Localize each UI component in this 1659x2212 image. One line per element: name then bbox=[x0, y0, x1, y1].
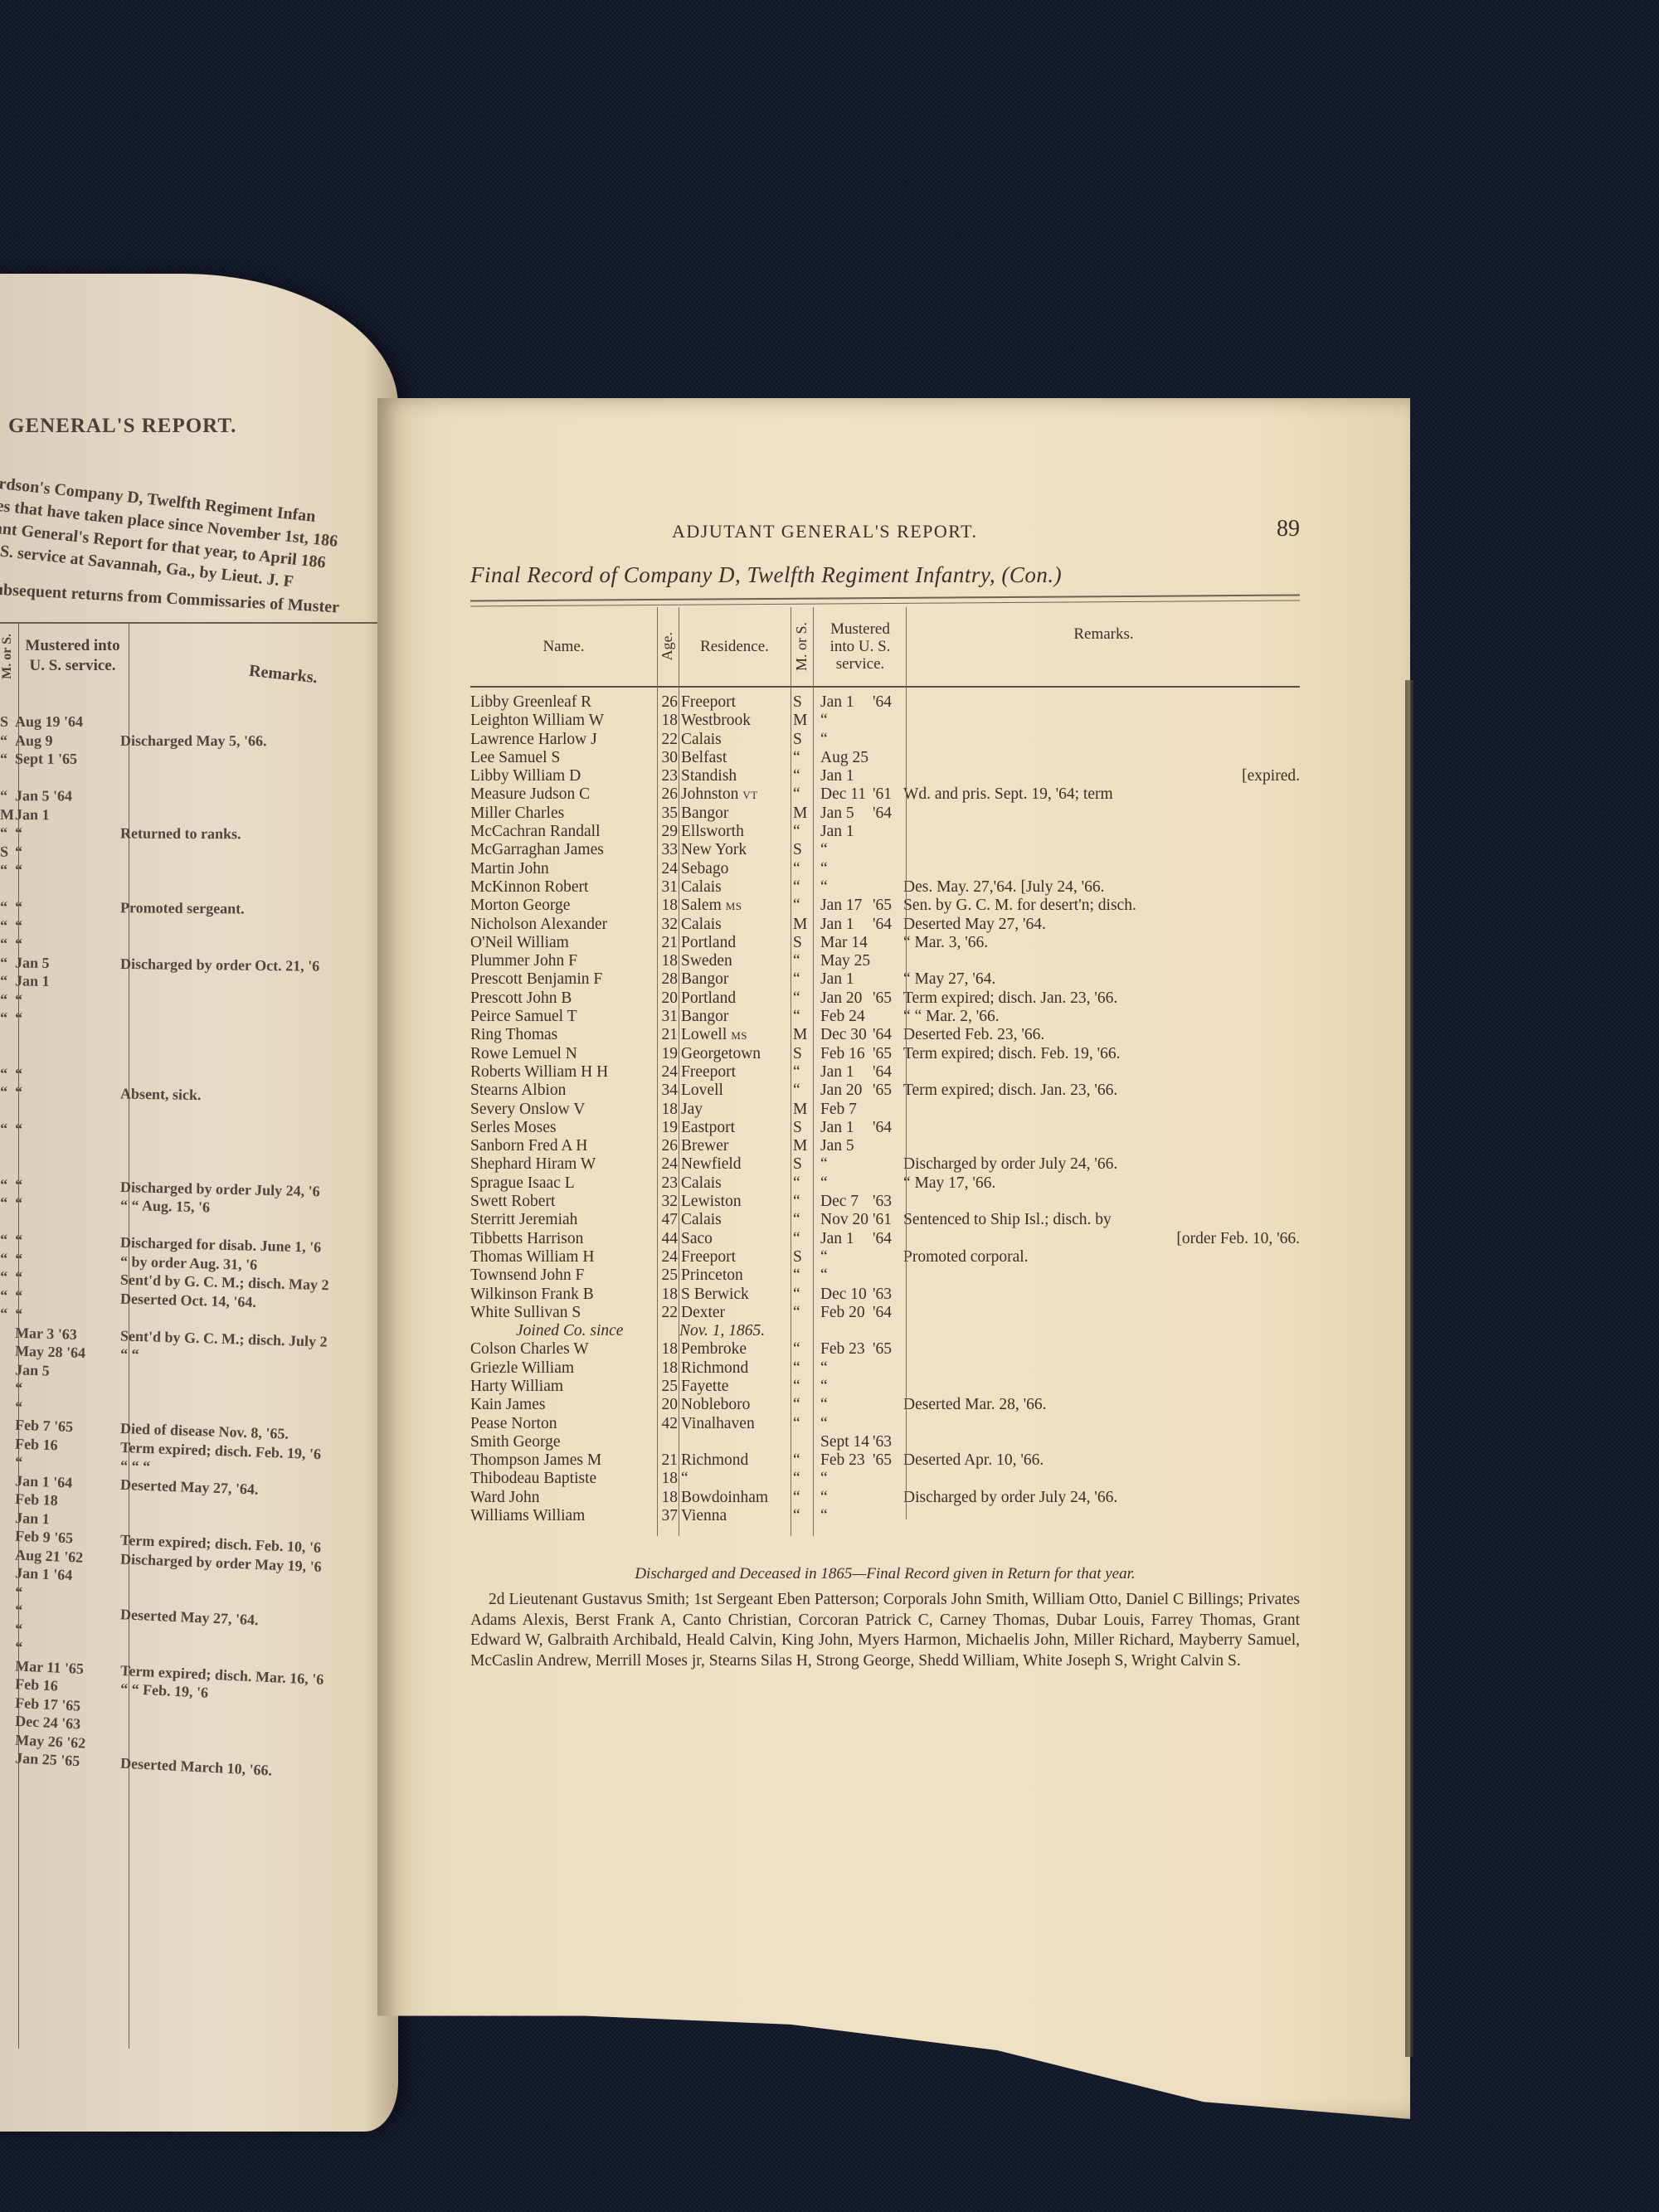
left-cell-ms: M bbox=[0, 805, 12, 823]
cell-remarks: Wd. and pris. Sept. 19, '64; term bbox=[903, 785, 1113, 804]
left-cell-ms: “ bbox=[0, 1120, 12, 1137]
cell-mustered-year: '64 bbox=[873, 1304, 892, 1322]
table-row: Stearns Albion34Lovell“Jan 20'65Term exp… bbox=[470, 1082, 1300, 1100]
table-row: Sprague Isaac L23Calais“ “ “ May 17, '66… bbox=[470, 1174, 1300, 1193]
cell-mustered-date: Dec 11 bbox=[820, 785, 866, 804]
left-cell-mustered: “ bbox=[15, 1121, 114, 1140]
table-row: Peirce Samuel T31Bangor“Feb 24 “ “ Mar. … bbox=[470, 1008, 1300, 1026]
cell-age: 29 bbox=[658, 823, 678, 841]
cell-remarks: Deserted Mar. 28, '66. bbox=[903, 1396, 1046, 1414]
cell-age: 21 bbox=[658, 1026, 678, 1044]
cell-age: 31 bbox=[658, 1008, 678, 1026]
left-table-row: MJan 1 bbox=[0, 805, 390, 826]
cell-mustered-year: '64 bbox=[873, 1119, 892, 1137]
cell-residence: Bangor bbox=[681, 1008, 728, 1026]
cell-mustered-date: “ bbox=[820, 712, 828, 730]
cell-mustered-year: '64 bbox=[873, 916, 892, 934]
column-rule bbox=[791, 607, 791, 1536]
cell-mustered-date: “ bbox=[820, 841, 828, 859]
cell-age: 30 bbox=[658, 749, 678, 767]
cell-mustered-date: “ bbox=[820, 1174, 828, 1193]
left-cell-ms: “ bbox=[0, 751, 12, 768]
left-cell-mustered: Jan 1 bbox=[15, 1509, 115, 1529]
cell-age: 37 bbox=[658, 1507, 678, 1525]
left-cell-mustered: “ bbox=[15, 1453, 115, 1474]
cell-remarks: [expired. bbox=[1242, 767, 1300, 785]
cell-residence: Brewer bbox=[681, 1137, 728, 1155]
cell-age: 24 bbox=[658, 1248, 678, 1266]
left-cell-ms: “ bbox=[0, 861, 12, 878]
cell-name: Wilkinson Frank B bbox=[470, 1286, 594, 1304]
cell-remarks: Term expired; disch. Feb. 19, '66. bbox=[903, 1045, 1121, 1063]
cell-ms: M bbox=[793, 916, 810, 934]
cell-residence: Calais bbox=[681, 731, 722, 749]
cell-age: 18 bbox=[658, 1340, 678, 1359]
left-cell-remarks: Discharged May 5, '66. bbox=[120, 732, 267, 749]
table-row: Lawrence Harlow J22CalaisS “ bbox=[470, 731, 1300, 749]
cell-ms: “ bbox=[793, 1286, 810, 1304]
cell-age: 35 bbox=[658, 805, 678, 823]
left-cell-ms bbox=[1, 1694, 12, 1694]
left-cell-remarks: “ “ Feb. 19, '6 bbox=[120, 1680, 209, 1702]
cell-residence: Freeport bbox=[681, 693, 736, 712]
cell-age: 24 bbox=[658, 1155, 678, 1174]
col-header-ms-label: M. or S. bbox=[793, 622, 810, 671]
cell-residence: Vinalhaven bbox=[681, 1415, 755, 1433]
table-row: Prescott Benjamin F28Bangor“Jan 1 “ May … bbox=[470, 970, 1300, 989]
left-cell-ms: “ bbox=[0, 824, 12, 842]
cell-name: Lawrence Harlow J bbox=[470, 731, 597, 749]
left-cell-mustered: Feb 7 '65 bbox=[15, 1417, 115, 1437]
left-cell-ms: “ bbox=[0, 1175, 12, 1193]
cell-mustered-date: Aug 25 bbox=[820, 749, 868, 767]
col-header-ms: M. or S. bbox=[791, 607, 813, 686]
cell-age: 19 bbox=[658, 1119, 678, 1137]
cell-mustered-date: Sept 14 bbox=[820, 1433, 869, 1451]
cell-residence: Vienna bbox=[681, 1507, 727, 1525]
cell-mustered-date: “ bbox=[820, 878, 828, 897]
left-cell-mustered: “ bbox=[15, 1602, 115, 1623]
cell-mustered-date: May 25 bbox=[820, 952, 870, 970]
left-cell-ms: S bbox=[0, 843, 12, 860]
cell-name: Plummer John F bbox=[470, 952, 577, 970]
cell-name: Nicholson Alexander bbox=[470, 916, 607, 934]
cell-age: 18 bbox=[658, 1489, 678, 1507]
cell-remarks: Deserted May 27, '64. bbox=[903, 916, 1046, 934]
cell-age: 21 bbox=[658, 1451, 678, 1470]
cell-residence: Fayette bbox=[681, 1378, 728, 1396]
cell-remarks: Term expired; disch. Jan. 23, '66. bbox=[903, 1082, 1117, 1100]
cell-ms: “ bbox=[793, 878, 810, 897]
col-header-age-label: Age. bbox=[659, 632, 676, 661]
cell-name: Leighton William W bbox=[470, 712, 604, 730]
cell-residence: LowellMS bbox=[681, 1026, 747, 1045]
cell-mustered-year: '65 bbox=[873, 1340, 892, 1359]
cell-mustered-year: '63 bbox=[873, 1286, 892, 1304]
cell-residence: JohnstonVT bbox=[681, 785, 758, 805]
left-cell-mustered: “ bbox=[15, 824, 114, 843]
cell-ms: “ bbox=[793, 1489, 810, 1507]
left-cell-mustered: Aug 19 '64 bbox=[15, 713, 114, 731]
cell-mustered-date: Dec 10 bbox=[820, 1286, 867, 1304]
cell-age: 21 bbox=[658, 934, 678, 952]
left-intro-text: rdson's Company D, Twelfth Regiment Infa… bbox=[0, 473, 387, 641]
left-cell-remarks: Promoted sergeant. bbox=[120, 899, 245, 917]
cell-ms: “ bbox=[793, 1211, 810, 1229]
table-row: McCachran Randall29Ellsworth“Jan 1 bbox=[470, 823, 1300, 841]
cell-mustered-date: Dec 7 bbox=[820, 1193, 859, 1211]
cell-ms: “ bbox=[793, 897, 810, 915]
left-table-row: “Aug 9Discharged May 5, '66. bbox=[0, 732, 390, 751]
left-cell-ms bbox=[1, 1545, 12, 1546]
table-row: Plummer John F18Sweden“May 25 bbox=[470, 952, 1300, 970]
cell-name: Prescott John B bbox=[470, 989, 572, 1008]
table-row: Nicholson Alexander32CalaisMJan 1'64Dese… bbox=[470, 916, 1300, 934]
cell-age: 34 bbox=[658, 1082, 678, 1100]
table-row: Swett Robert32Lewiston“Dec 7'63 bbox=[470, 1193, 1300, 1211]
cell-mustered-date: “ bbox=[820, 1489, 828, 1507]
left-cell-ms: “ bbox=[0, 1305, 12, 1322]
cell-mustered-date: “ bbox=[820, 1155, 828, 1174]
left-cell-mustered: “ bbox=[15, 916, 114, 935]
left-cell-ms bbox=[1, 1527, 12, 1528]
cell-age: 18 bbox=[658, 897, 678, 915]
book-fore-edge bbox=[1405, 680, 1413, 2057]
cell-residence: Dexter bbox=[681, 1304, 725, 1322]
left-cell-ms bbox=[1, 1712, 12, 1713]
col-header-age: Age. bbox=[657, 607, 678, 686]
cell-age: 24 bbox=[658, 1063, 678, 1082]
cell-age: 20 bbox=[658, 989, 678, 1008]
table-row: Pease Norton42Vinalhaven“ “ bbox=[470, 1415, 1300, 1433]
cell-age: 22 bbox=[658, 731, 678, 749]
cell-mustered-date: Jan 1 bbox=[820, 767, 854, 785]
table-row: Kain James20Nobleboro“ “Deserted Mar. 28… bbox=[470, 1396, 1300, 1414]
cell-residence: Lovell bbox=[681, 1082, 723, 1100]
left-cell-ms: S bbox=[0, 713, 12, 731]
left-cell-mustered: “ bbox=[15, 1268, 115, 1288]
cell-ms: “ bbox=[793, 1230, 810, 1248]
left-col-ms: M. or S. bbox=[0, 634, 17, 679]
left-cell-remarks: Absent, sick. bbox=[120, 1085, 202, 1104]
left-cell-mustered: “ bbox=[15, 1194, 114, 1214]
table-body: Libby Greenleaf R26FreeportSJan 1'64Leig… bbox=[470, 693, 1300, 1525]
cell-residence: Lewiston bbox=[681, 1193, 742, 1211]
col-header-mustered: Mustered into U. S. service. bbox=[814, 607, 907, 686]
residence-state: MS bbox=[726, 900, 742, 912]
left-cell-ms: “ bbox=[0, 990, 12, 1008]
cell-name: Miller Charles bbox=[470, 805, 564, 823]
cell-ms: S bbox=[793, 1119, 810, 1137]
left-cell-ms: “ bbox=[0, 1009, 12, 1027]
cell-name: Griezle William bbox=[470, 1359, 574, 1378]
cell-mustered-date: “ bbox=[820, 731, 828, 749]
cell-name: Roberts William H H bbox=[470, 1063, 608, 1082]
table-row: Townsend John F25Princeton“ “ bbox=[470, 1266, 1300, 1285]
left-cell-remarks: “ “ “ bbox=[120, 1457, 151, 1475]
left-cell-mustered: Jan 1 '64 bbox=[15, 1564, 115, 1586]
cell-ms: “ bbox=[793, 1174, 810, 1193]
cell-residence: Calais bbox=[681, 878, 722, 897]
col-header-remarks-label: Remarks. bbox=[1073, 625, 1133, 643]
cell-ms: M bbox=[793, 805, 810, 823]
cell-ms: “ bbox=[793, 1008, 810, 1026]
left-cell-mustered: Jan 5 bbox=[15, 1361, 115, 1382]
left-cell-ms: “ bbox=[0, 972, 12, 989]
cell-mustered-date: Jan 20 bbox=[820, 989, 862, 1008]
cell-mustered-date: Jan 1 bbox=[820, 693, 854, 712]
cell-ms: “ bbox=[793, 989, 810, 1008]
cell-name: Kain James bbox=[470, 1396, 545, 1414]
cell-name: Stearns Albion bbox=[470, 1082, 566, 1100]
cell-age: 22 bbox=[658, 1304, 678, 1322]
cell-ms: S bbox=[793, 731, 810, 749]
left-cell-mustered: Feb 18 bbox=[15, 1490, 115, 1511]
cell-mustered-year: '63 bbox=[873, 1193, 892, 1211]
left-table-row: ““ bbox=[0, 861, 390, 882]
cell-age: 44 bbox=[658, 1230, 678, 1248]
left-cell-mustered: Jan 1 '64 bbox=[15, 1472, 115, 1493]
cell-age: 25 bbox=[658, 1266, 678, 1285]
cell-mustered-date: Jan 5 bbox=[820, 805, 854, 823]
cell-ms: “ bbox=[793, 1340, 810, 1359]
cell-age: 42 bbox=[658, 1415, 678, 1433]
left-cell-mustered: Jan 1 bbox=[15, 806, 114, 824]
cell-mustered-year: '61 bbox=[873, 785, 892, 804]
cell-name: Peirce Samuel T bbox=[470, 1008, 577, 1026]
table-header: Name. Age. Residence. M. or S. Mustered … bbox=[470, 607, 1300, 688]
table-row: Thibodeau Baptiste18 ““ “ bbox=[470, 1470, 1300, 1488]
footer-paragraph: 2d Lieutenant Gustavus Smith; 1st Sergea… bbox=[470, 1590, 1300, 1671]
cell-mustered-date: “ bbox=[820, 1415, 828, 1433]
cell-mustered-date: Jan 1 bbox=[820, 1119, 854, 1137]
cell-ms: “ bbox=[793, 1082, 810, 1100]
cell-name: White Sullivan S bbox=[470, 1304, 581, 1322]
cell-name: Prescott Benjamin F bbox=[470, 970, 602, 989]
cell-age: 18 bbox=[658, 1286, 678, 1304]
cell-residence: Freeport bbox=[681, 1248, 736, 1266]
cell-age: 18 bbox=[658, 712, 678, 730]
cell-age: 18 bbox=[658, 1470, 678, 1488]
cell-mustered-date: “ bbox=[820, 1507, 828, 1525]
cell-mustered-date: “ bbox=[820, 1248, 828, 1266]
left-cell-remarks: Returned to ranks. bbox=[120, 825, 241, 843]
table-row: Severy Onslow V18JayMFeb 7 bbox=[470, 1101, 1300, 1119]
cell-ms: “ bbox=[793, 1470, 810, 1488]
column-rule bbox=[906, 607, 907, 1519]
cell-ms: S bbox=[793, 841, 810, 859]
cell-residence: Belfast bbox=[681, 749, 727, 767]
cell-residence: Richmond bbox=[681, 1451, 748, 1470]
left-running-head: GENERAL'S REPORT. bbox=[8, 415, 236, 438]
cell-ms: S bbox=[793, 1248, 810, 1266]
table-row: Ward John18Bowdoinham“ “Discharged by or… bbox=[470, 1489, 1300, 1507]
cell-remarks: Deserted Apr. 10, '66. bbox=[903, 1451, 1044, 1470]
cell-name: Colson Charles W bbox=[470, 1340, 589, 1359]
cell-mustered-year: '65 bbox=[873, 1082, 892, 1100]
cell-name: Thompson James M bbox=[470, 1451, 601, 1470]
residence-town: Lowell bbox=[681, 1026, 727, 1043]
cell-mustered-date: Jan 1 bbox=[820, 823, 854, 841]
cell-mustered-date: “ bbox=[820, 1378, 828, 1396]
cell-age: 23 bbox=[658, 1174, 678, 1193]
table-row: Leighton William W18WestbrookM “ bbox=[470, 712, 1300, 730]
left-cell-mustered: “ bbox=[15, 1398, 115, 1419]
cell-name: Shephard Hiram W bbox=[470, 1155, 596, 1174]
table-row: Rowe Lemuel N19GeorgetownSFeb 16'65Term … bbox=[470, 1045, 1300, 1063]
cell-mustered-date: Feb 24 bbox=[820, 1008, 865, 1026]
cell-name: O'Neil William bbox=[470, 934, 569, 952]
table-row: Roberts William H H24Freeport“Jan 1'64 bbox=[470, 1063, 1300, 1082]
running-head: ADJUTANT GENERAL'S REPORT. bbox=[672, 521, 977, 542]
cell-age: 24 bbox=[658, 860, 678, 878]
table-row: Serles Moses19EastportSJan 1'64 bbox=[470, 1119, 1300, 1137]
cell-remarks: Sentenced to Ship Isl.; disch. by bbox=[903, 1211, 1112, 1229]
table-row: Wilkinson Frank B18S Berwick“Dec 10'63 bbox=[470, 1286, 1300, 1304]
cell-age: 19 bbox=[658, 1045, 678, 1063]
record-table: Name. Age. Residence. M. or S. Mustered … bbox=[470, 607, 1300, 1525]
cell-name: Libby Greenleaf R bbox=[470, 693, 591, 712]
cell-age: 32 bbox=[658, 916, 678, 934]
cell-age: 18 bbox=[658, 1101, 678, 1119]
cell-age: 26 bbox=[658, 693, 678, 712]
left-cell-mustered: “ bbox=[15, 936, 114, 954]
cell-mustered-date: Jan 1 bbox=[820, 970, 854, 989]
left-cell-mustered: “ bbox=[15, 1083, 114, 1102]
cell-name: McGarraghan James bbox=[470, 841, 604, 859]
cell-ms: “ bbox=[793, 1396, 810, 1414]
cell-age: 26 bbox=[658, 785, 678, 804]
left-cell-ms: “ bbox=[0, 1194, 12, 1212]
cell-mustered-date: Jan 5 bbox=[820, 1137, 854, 1155]
cell-residence: Newfield bbox=[681, 1155, 742, 1174]
left-table-row: “Jan 5 '64 bbox=[0, 787, 390, 807]
col-header-residence: Residence. bbox=[679, 607, 791, 686]
cell-name: Tibbetts Harrison bbox=[470, 1230, 583, 1248]
residence-state: MS bbox=[731, 1029, 747, 1042]
left-cell-ms bbox=[1, 1564, 12, 1565]
left-cell-remarks: “ “ Aug. 15, '6 bbox=[120, 1197, 210, 1216]
left-cell-ms: “ bbox=[0, 954, 12, 971]
cell-residence: Calais bbox=[681, 1174, 722, 1193]
cell-residence: Princeton bbox=[681, 1266, 743, 1285]
left-cell-mustered: Feb 9 '65 bbox=[15, 1528, 115, 1549]
left-cell-ms bbox=[1, 1749, 12, 1750]
cell-ms: M bbox=[793, 1137, 810, 1155]
left-cell-mustered: Jan 5 '64 bbox=[15, 787, 114, 805]
cell-mustered-date: Feb 20 bbox=[820, 1304, 865, 1322]
cell-ms: S bbox=[793, 1155, 810, 1174]
cell-ms: M bbox=[793, 1026, 810, 1044]
table-row: Tibbetts Harrison44Saco“Jan 1'64[order F… bbox=[470, 1230, 1300, 1248]
table-row: Griezle William18Richmond“ “ bbox=[470, 1359, 1300, 1378]
cell-ms: “ bbox=[793, 1378, 810, 1396]
cell-ms: “ bbox=[793, 860, 810, 878]
cell-mustered-date: “ bbox=[820, 1396, 828, 1414]
cell-mustered-date: Dec 30 bbox=[820, 1026, 867, 1044]
cell-remarks: “ May 17, '66. bbox=[903, 1174, 995, 1193]
cell-ms: M bbox=[793, 1101, 810, 1119]
cell-mustered-year: '65 bbox=[873, 1045, 892, 1063]
left-cell-ms: “ bbox=[0, 1083, 12, 1101]
left-cell-mustered: Jan 1 bbox=[15, 972, 114, 990]
cell-name: Sanborn Fred A H bbox=[470, 1137, 587, 1155]
cell-name: Lee Samuel S bbox=[470, 749, 560, 767]
table-subheading-row: Joined Co. sinceNov. 1, 1865. bbox=[470, 1322, 1300, 1340]
cell-name: Townsend John F bbox=[470, 1266, 584, 1285]
cell-residence: Saco bbox=[681, 1230, 713, 1248]
table-row: Ring Thomas21LowellMSMDec 30'64Deserted … bbox=[470, 1026, 1300, 1044]
cell-name: McCachran Randall bbox=[470, 823, 601, 841]
cell-residence: S Berwick bbox=[681, 1286, 749, 1304]
cell-mustered-date: Jan 1 bbox=[820, 1230, 854, 1248]
left-cell-ms bbox=[1, 1638, 12, 1639]
cell-ms: S bbox=[793, 1045, 810, 1063]
left-cell-ms bbox=[1, 1675, 12, 1675]
left-cell-mustered: Sept 1 '65 bbox=[15, 751, 114, 768]
left-table-row: S“ bbox=[0, 843, 390, 863]
right-page: ADJUTANT GENERAL'S REPORT. 89 Final Reco… bbox=[377, 398, 1410, 2119]
table-row: Martin John24Sebago“ “ bbox=[470, 860, 1300, 878]
left-cell-mustered: Feb 16 bbox=[15, 1675, 115, 1697]
left-cell-mustered: “ bbox=[15, 1250, 114, 1270]
cell-mustered-date: Jan 20 bbox=[820, 1082, 862, 1100]
cell-residence: Ellsworth bbox=[681, 823, 744, 841]
cell-ms: “ bbox=[793, 1304, 810, 1322]
cell-mustered-date: “ bbox=[820, 1359, 828, 1378]
cell-name: Harty William bbox=[470, 1378, 563, 1396]
cell-age: 33 bbox=[658, 841, 678, 859]
cell-mustered-date: Jan 1 bbox=[820, 916, 854, 934]
col-header-remarks: Remarks. bbox=[907, 607, 1300, 686]
left-cell-ms: “ bbox=[0, 1268, 12, 1286]
left-cell-mustered: Jan 5 bbox=[15, 954, 114, 972]
left-table-header: M. or S. Mustered into U. S. service. Re… bbox=[0, 622, 390, 715]
left-cell-ms: “ bbox=[0, 1065, 12, 1082]
table-row: Sterritt Jeremiah47Calais“Nov 20'61Sente… bbox=[470, 1211, 1300, 1229]
cell-mustered-year: '64 bbox=[873, 1230, 892, 1248]
cell-age: 23 bbox=[658, 767, 678, 785]
left-cell-mustered: Jan 25 '65 bbox=[15, 1749, 115, 1772]
table-row: Prescott John B20Portland“Jan 20'65Term … bbox=[470, 989, 1300, 1008]
cell-residence: Bangor bbox=[681, 970, 728, 989]
left-cell-mustered: “ bbox=[15, 991, 114, 1010]
cell-age: 25 bbox=[658, 1378, 678, 1396]
cell-remarks: “ Mar. 3, '66. bbox=[903, 934, 988, 952]
cell-name: Martin John bbox=[470, 860, 549, 878]
left-cell-mustered: “ bbox=[15, 1176, 114, 1196]
cell-age: 28 bbox=[658, 970, 678, 989]
cell-remarks: Term expired; disch. Jan. 23, '66. bbox=[903, 989, 1117, 1008]
left-cell-mustered: Aug 9 bbox=[15, 732, 114, 749]
left-cell-mustered: “ bbox=[15, 1639, 115, 1660]
cell-remarks: “ May 27, '64. bbox=[903, 970, 995, 989]
left-cell-ms: “ bbox=[0, 787, 12, 805]
table-row: Williams William37Vienna“ “ bbox=[470, 1507, 1300, 1525]
cell-ms: “ bbox=[793, 952, 810, 970]
table-row: McKinnon Robert31Calais“ “Des. May. 27,'… bbox=[470, 878, 1300, 897]
table-row: Sanborn Fred A H26BrewerMJan 5 bbox=[470, 1137, 1300, 1155]
left-cell-ms: “ bbox=[0, 936, 12, 953]
table-row: Thomas William H24FreeportS “Promoted co… bbox=[470, 1248, 1300, 1266]
cell-mustered-year: '65 bbox=[873, 897, 892, 915]
residence-town: Johnston bbox=[681, 785, 738, 803]
left-cell-ms: “ bbox=[0, 1250, 12, 1267]
cell-residence: “ bbox=[681, 1470, 688, 1488]
cell-remarks: [order Feb. 10, '66. bbox=[1176, 1230, 1300, 1248]
left-cell-ms bbox=[1, 1656, 12, 1657]
cell-ms: “ bbox=[793, 767, 810, 785]
